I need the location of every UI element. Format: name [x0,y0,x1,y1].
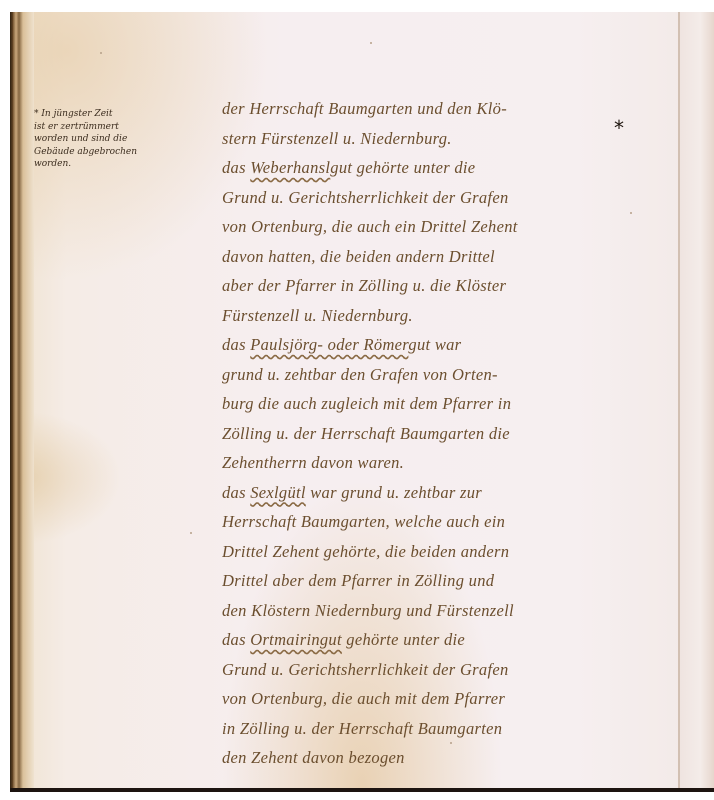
text: Fürstenzell u. Niedernburg. [222,306,413,325]
text: Zölling u. der Herrschaft Baumgarten die [222,424,510,443]
underlined-farm-name: Paulsjörg- oder Römer [250,335,408,354]
text: den Klöstern Niedernburg und Fürstenzell [222,601,514,620]
text-line: Fürstenzell u. Niedernburg. [222,301,672,331]
text-line: Drittel aber dem Pfarrer in Zölling und [222,566,672,596]
paper-speck [190,532,192,534]
margin-note-line: Gebäude abgebrochen [34,146,184,159]
text-line: burg die auch zugleich mit dem Pfarrer i… [222,389,672,419]
text: gut gehörte unter die [330,158,475,177]
text: Drittel Zehent gehörte, die beiden ander… [222,542,509,561]
margin-note: * In jüngster Zeit ist er zertrümmert wo… [34,108,184,171]
text: das [222,158,250,177]
text-line: Grund u. Gerichtsherrlichkeit der Grafen [222,183,672,213]
page-binding-edge [10,12,34,788]
text: von Ortenburg, die auch ein Drittel Zehe… [222,217,518,236]
text: das [222,483,250,502]
paper-speck [450,742,452,744]
text-line: Drittel Zehent gehörte, die beiden ander… [222,537,672,567]
text: Herrschaft Baumgarten, welche auch ein [222,512,505,531]
text: grund u. zehtbar den Grafen von Orten- [222,365,498,384]
margin-note-line: worden und sind die [34,133,184,146]
page-fold-flap [680,12,714,788]
underlined-farm-name: Weberhansl [250,158,330,177]
margin-note-line: * In jüngster Zeit [34,108,184,121]
text: Zehentherrn davon waren. [222,453,404,472]
text: war grund u. zehtbar zur [306,483,482,502]
text-line: aber der Pfarrer in Zölling u. die Klöst… [222,271,672,301]
text: von Ortenburg, die auch mit dem Pfarrer [222,689,505,708]
text: das [222,630,250,649]
text-line: in Zölling u. der Herrschaft Baumgarten [222,714,672,744]
text: gut war [408,335,461,354]
text-line: stern Fürstenzell u. Niedernburg. [222,124,672,154]
text-line: Herrschaft Baumgarten, welche auch ein [222,507,672,537]
margin-note-line: ist er zertrümmert [34,121,184,134]
text-line: grund u. zehtbar den Grafen von Orten- [222,360,672,390]
text: Grund u. Gerichtsherrlichkeit der Grafen [222,188,509,207]
text: aber der Pfarrer in Zölling u. die Klöst… [222,276,506,295]
paper-speck [100,52,102,54]
manuscript-body: der Herrschaft Baumgarten und den Klö- s… [222,94,672,773]
text-line: Zehentherrn davon waren. [222,448,672,478]
text-line: den Klöstern Niedernburg und Fürstenzell [222,596,672,626]
text: stern Fürstenzell u. Niedernburg. [222,129,452,148]
text: der Herrschaft Baumgarten und den Klö- [222,99,507,118]
text: den Zehent davon bezogen [222,748,405,767]
text-line: der Herrschaft Baumgarten und den Klö- [222,94,672,124]
text-line: von Ortenburg, die auch mit dem Pfarrer [222,684,672,714]
margin-note-line: worden. [34,158,184,171]
text: in Zölling u. der Herrschaft Baumgarten [222,719,502,738]
paper-speck [630,212,632,214]
text: Drittel aber dem Pfarrer in Zölling und [222,571,494,590]
underlined-farm-name: Sexlgütl [250,483,306,502]
text-line: das Sexlgütl war grund u. zehtbar zur [222,478,672,508]
underlined-farm-name: Ortmairingut [250,630,342,649]
paper-speck [370,42,372,44]
text-line: Zölling u. der Herrschaft Baumgarten die [222,419,672,449]
text-line: Grund u. Gerichtsherrlichkeit der Grafen [222,655,672,685]
text: burg die auch zugleich mit dem Pfarrer i… [222,394,511,413]
text-line: das Weberhanslgut gehörte unter die [222,153,672,183]
text-line: das Ortmairingut gehörte unter die [222,625,672,655]
text-line: von Ortenburg, die auch ein Drittel Zehe… [222,212,672,242]
text: gehörte unter die [342,630,465,649]
manuscript-page: * In jüngster Zeit ist er zertrümmert wo… [10,12,714,792]
text-line: den Zehent davon bezogen [222,743,672,773]
text-line: davon hatten, die beiden andern Drittel [222,242,672,272]
text-line: das Paulsjörg- oder Römergut war [222,330,672,360]
text: das [222,335,250,354]
text: davon hatten, die beiden andern Drittel [222,247,495,266]
text: Grund u. Gerichtsherrlichkeit der Grafen [222,660,509,679]
